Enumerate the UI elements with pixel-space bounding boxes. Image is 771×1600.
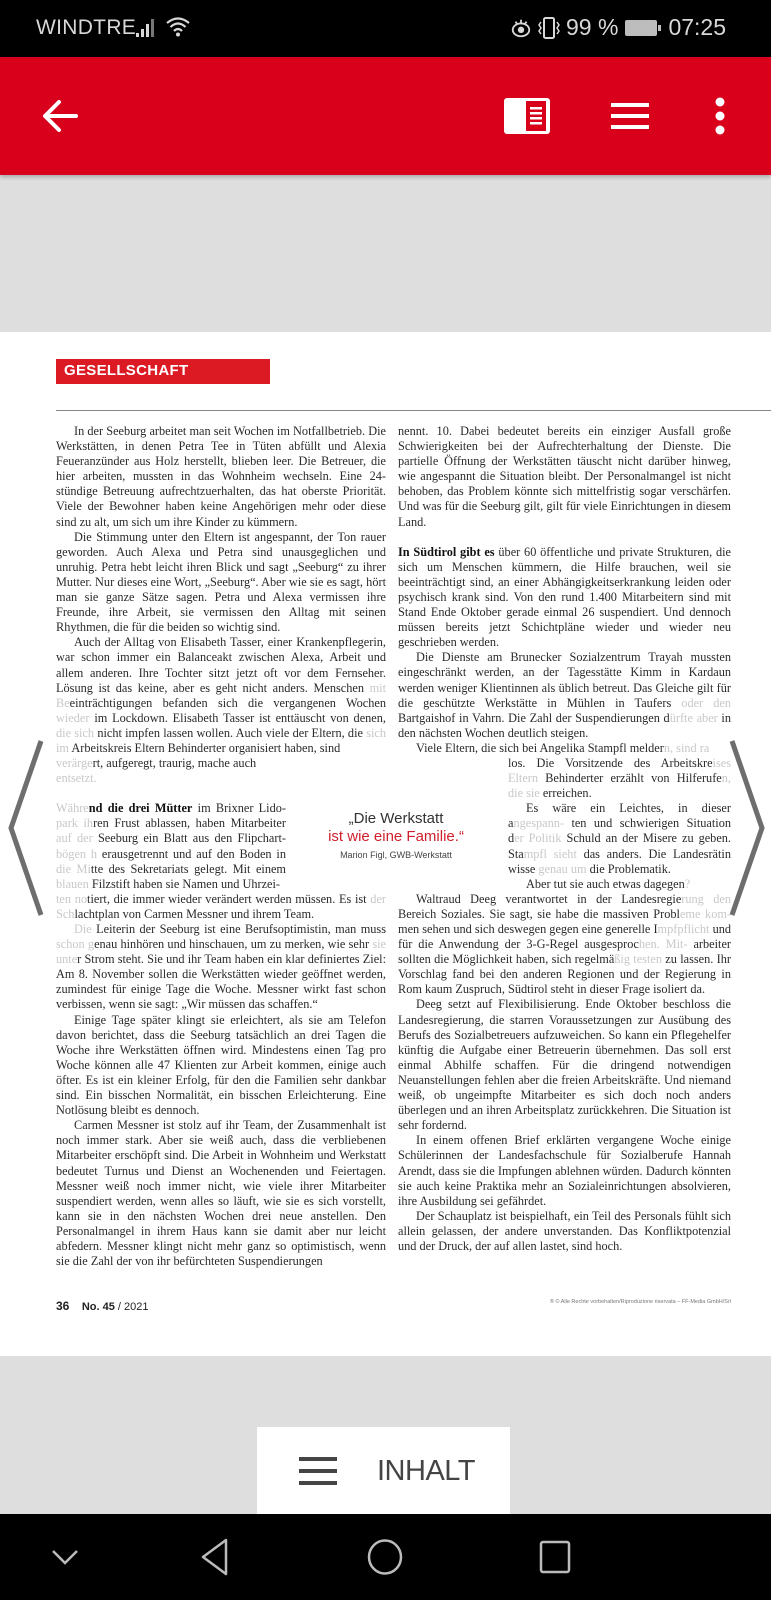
back-button[interactable] [30,57,90,175]
app-bar [0,57,771,175]
paragraph: Einige Tage später klingt sie erleichter… [56,1013,386,1119]
more-vert-icon [714,97,726,135]
eye-comfort-icon [510,17,532,39]
back-triangle-icon [198,1537,232,1577]
article-column-right: nennt. 10. Dabei bedeutet bereits ein ei… [398,424,731,1254]
paragraph: Carmen Messner ist stolz auf ihr Team, d… [56,1118,386,1269]
section-label: GESELLSCHAFT [56,359,270,384]
status-bar: WINDTRE 99 % 07:25 [0,0,771,57]
table-of-contents-label: INHALT [377,1455,475,1488]
next-page-button[interactable] [728,738,768,918]
paragraph: ten notiert, die immer wieder verändert … [56,892,386,922]
paragraph: Die Leiterin der Seeburg ist eine Berufs… [56,922,386,1013]
paragraph: In Südtirol gibt es über 60 öffentliche … [398,545,731,651]
battery-percent: 99 % [566,14,618,41]
paragraph: Deeg setzt auf Flexibilisierung. Ende Ok… [398,997,731,1133]
paragraph: Es wäre ein Leichtes, in dieser angespan… [508,801,731,876]
list-icon [299,1457,337,1485]
clock: 07:25 [668,14,726,41]
header-rule [56,410,771,411]
paragraph: Während die drei Mütter im Brixner Lido-… [56,801,286,892]
chevron-right-icon [728,738,768,918]
recents-nav-button[interactable] [530,1514,580,1600]
reader-view-button[interactable] [498,57,556,175]
recents-square-icon [538,1539,572,1575]
menu-button[interactable] [600,57,660,175]
reader-view-icon [503,97,551,135]
paragraph: verärgert, aufgeregt, traurig, mache auc… [56,756,286,771]
paragraph: Viele Eltern, die sich bei Angelika Stam… [398,741,731,756]
paragraph: los. Die Vorsitzende des Arbeitskreises … [508,756,731,801]
wifi-icon [165,15,191,39]
paragraph: Auch der Alltag von Elisabeth Tasser, ei… [56,635,386,756]
back-nav-button[interactable] [190,1514,240,1600]
paragraph: nennt. 10. Dabei bedeutet bereits ein ei… [398,424,731,530]
paragraph: entsetzt. [56,771,386,786]
previous-page-button[interactable] [5,738,45,918]
status-right: 99 % 07:25 [510,14,726,41]
paragraph: In einem offenen Brief erklärten vergang… [398,1133,731,1208]
magazine-page[interactable]: GESELLSCHAFT In der Seeburg arbeitet man… [0,332,771,1356]
paragraph: Aber tut sie auch etwas dagegen? [508,877,731,892]
paragraph: Der Schauplatz ist beispielhaft, ein Tei… [398,1209,731,1254]
page-footer: 36 No. 45 / 2021 ® © Alle Rechte vorbeha… [56,1297,731,1313]
home-nav-button[interactable] [360,1514,410,1600]
paragraph: Die Dienste am Brunecker Sozialzentrum T… [398,650,731,741]
copyright-notice: ® © Alle Rechte vorbehalten/Riproduzione… [550,1299,731,1305]
paragraph: In der Seeburg arbeitet man seit Wochen … [56,424,386,530]
battery-icon [624,18,662,38]
menu-icon [610,101,650,131]
carrier-name: WINDTRE [36,16,136,40]
system-nav-bar [0,1514,771,1600]
paragraph: Waltraud Deeg verantwortet in der Landes… [398,892,731,998]
paragraph: Die Stimmung unter den Eltern ist angesp… [56,530,386,636]
page-number: 36 [56,1299,69,1313]
collapse-nav-button[interactable] [40,1514,90,1600]
vibrate-icon [538,16,560,40]
chevron-left-icon [5,738,45,918]
more-options-button[interactable] [700,57,740,175]
signal-strength-icon [135,18,157,38]
issue-info: No. 45 / 2021 [82,1301,149,1313]
home-circle-icon [366,1538,404,1576]
back-arrow-icon [40,96,80,136]
table-of-contents-button[interactable]: INHALT [257,1427,510,1515]
collapse-chevron-icon [50,1547,80,1567]
